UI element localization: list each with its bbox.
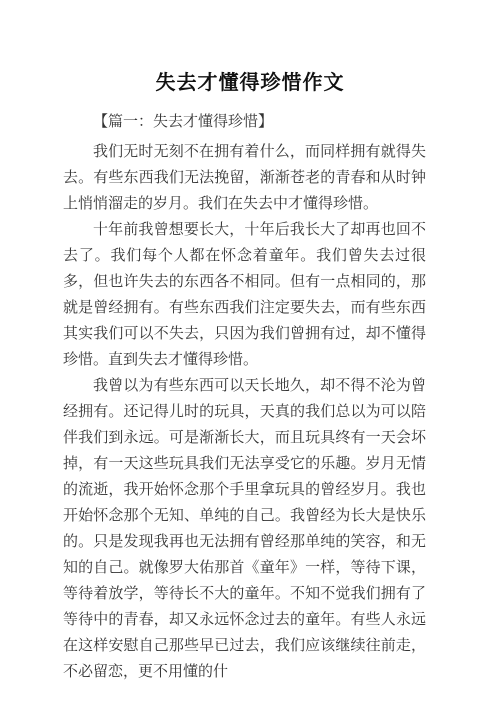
paragraph: 十年前我曾想要长大，十年后我长大了却再也回不去了。我们每个人都在怀念着童年。我们… (63, 217, 426, 373)
section-header: 【篇一：失去才懂得珍惜】 (63, 109, 426, 135)
document-page: 失去才懂得珍惜作文 【篇一：失去才懂得珍惜】 我们无时无刻不在拥有着什么，而同样… (0, 0, 500, 707)
document-title: 失去才懂得珍惜作文 (0, 13, 500, 95)
paragraph: 我曾以为有些东西可以天长地久，却不得不沦为曾经拥有。还记得儿时的玩具，天真的我们… (63, 373, 426, 685)
document-body: 【篇一：失去才懂得珍惜】 我们无时无刻不在拥有着什么，而同样拥有就得失去。有些东… (63, 109, 426, 685)
paragraph: 我们无时无刻不在拥有着什么，而同样拥有就得失去。有些东西我们无法挽留，渐渐苍老的… (63, 139, 426, 217)
